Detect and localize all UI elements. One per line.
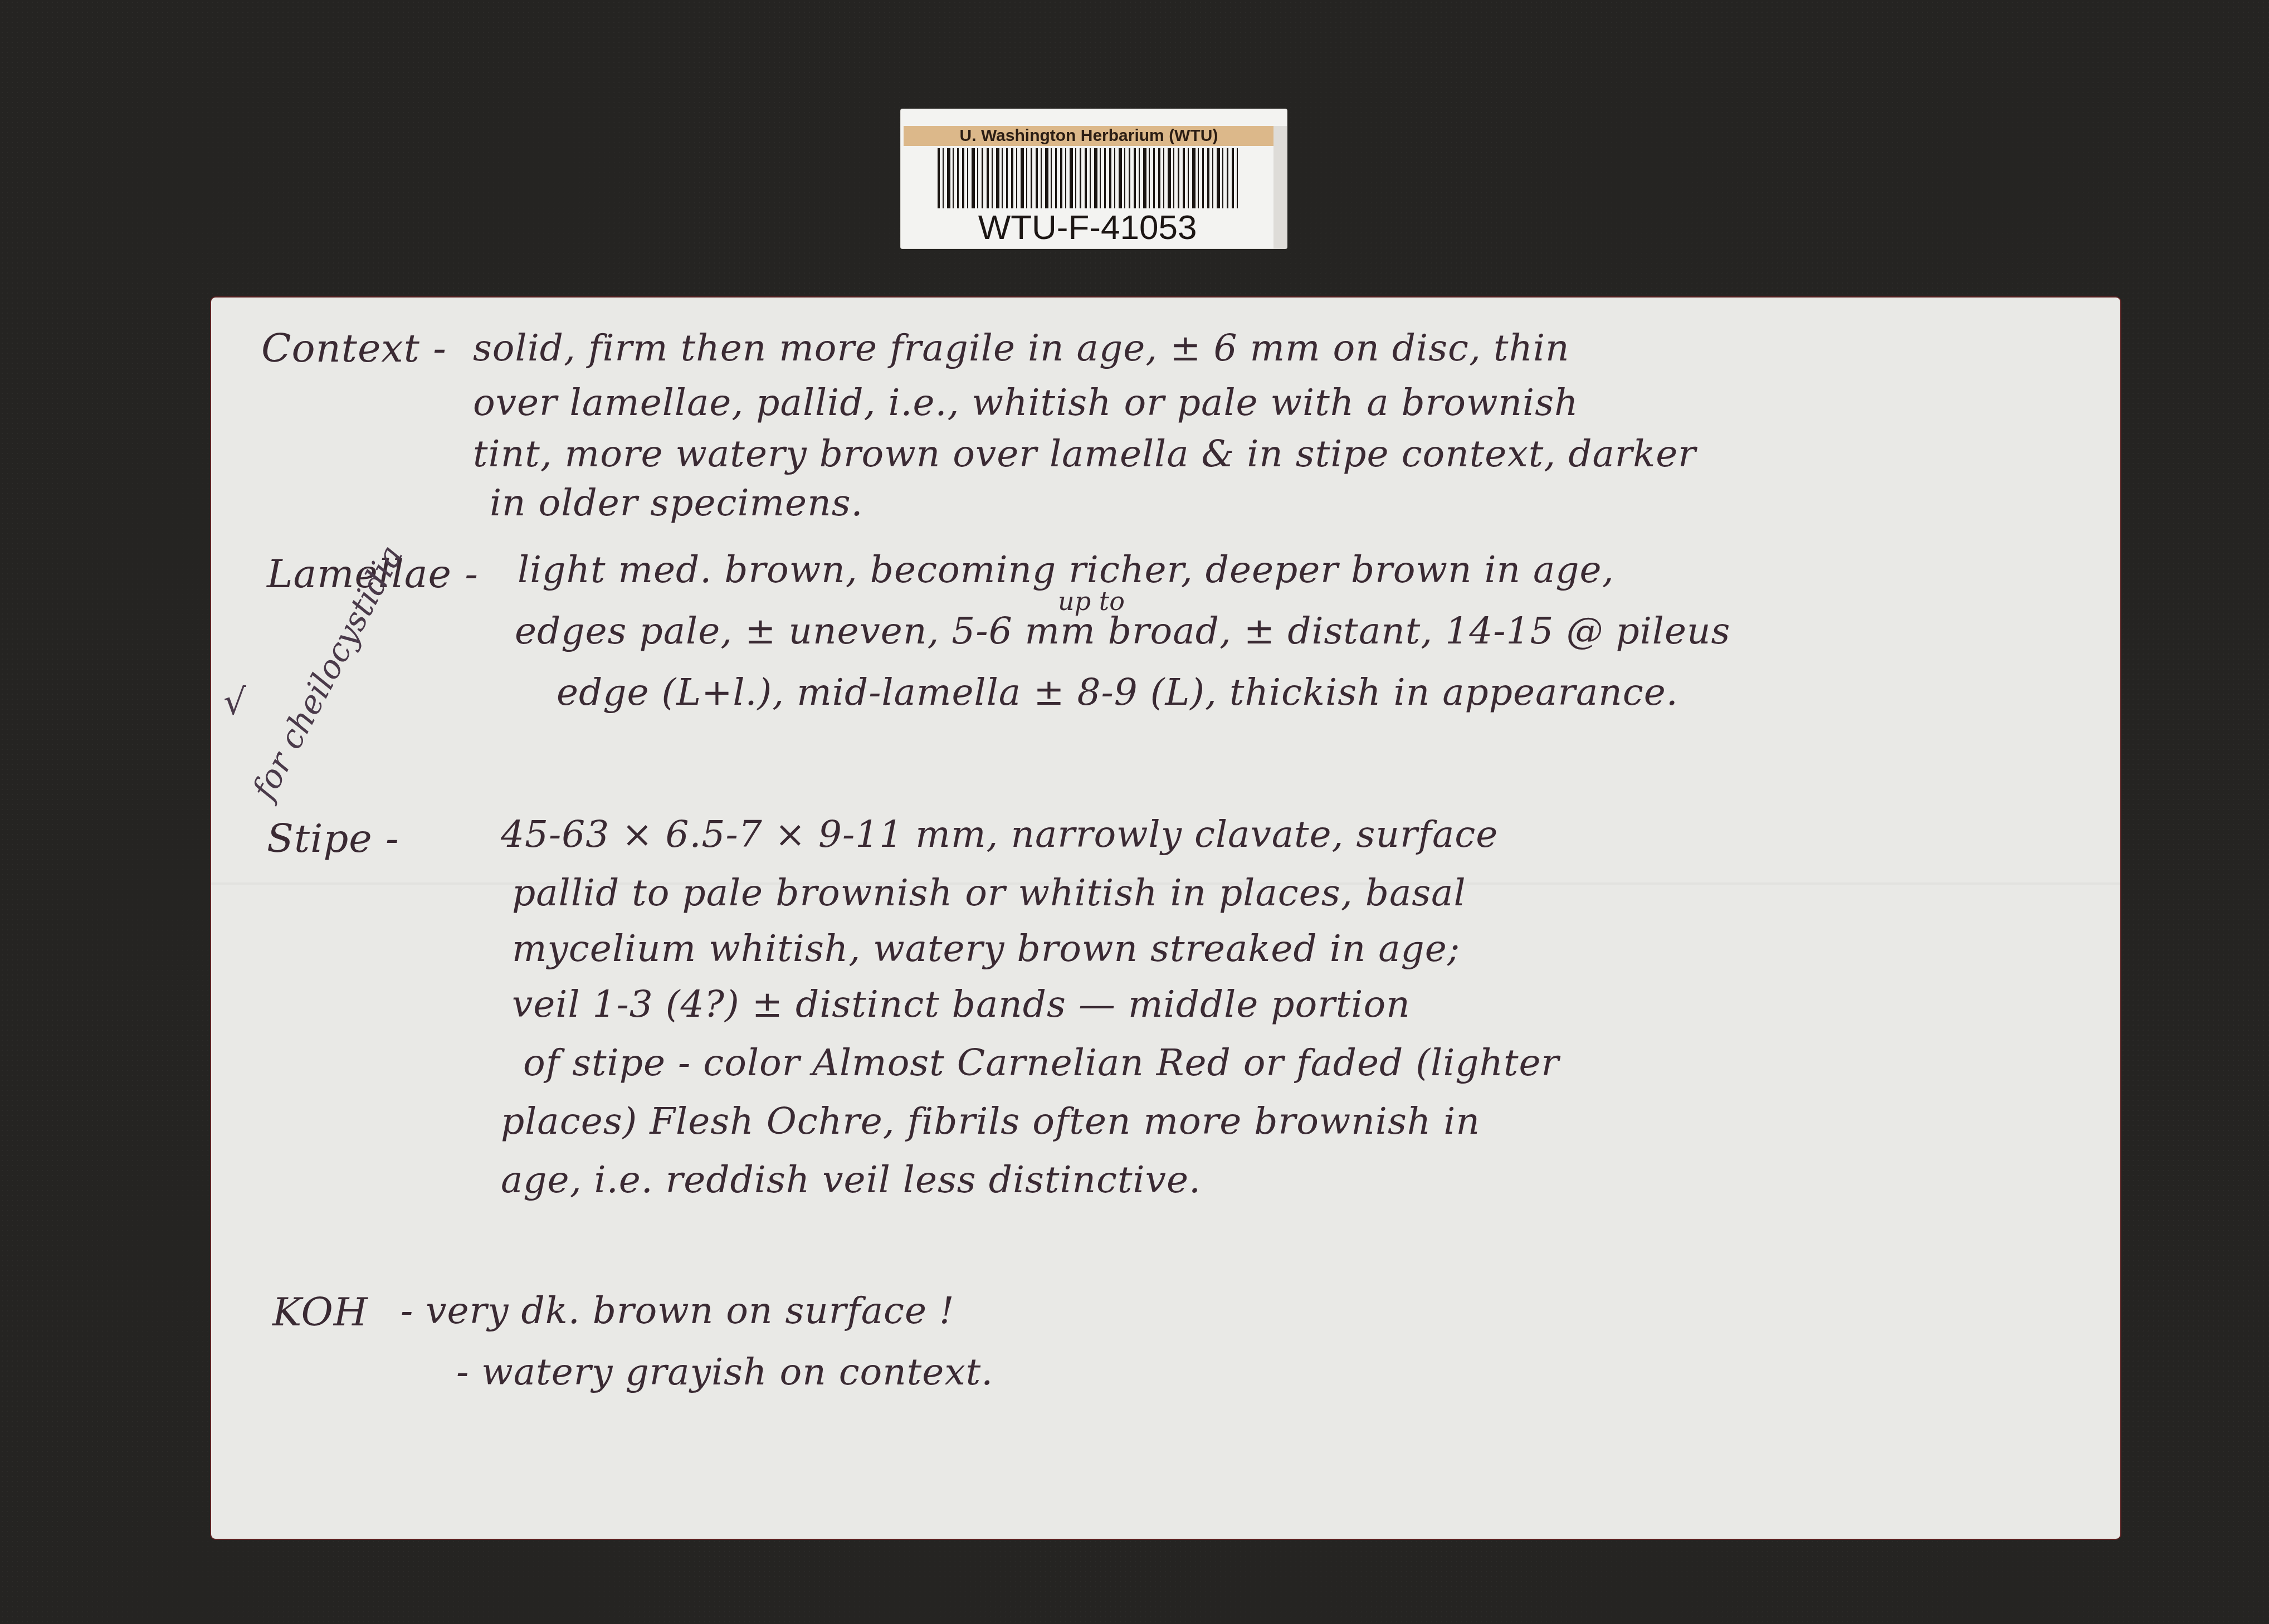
- stipe-line: age, i.e. reddish veil less distinctive.: [501, 1158, 1201, 1201]
- herbarium-barcode-label: U. Washington Herbarium (WTU) WTU-F-4105…: [901, 109, 1287, 248]
- stipe-line: places) Flesh Ochre, fibrils often more …: [501, 1100, 1480, 1143]
- context-line: tint, more watery brown over lamella & i…: [473, 432, 1696, 475]
- institution-name: U. Washington Herbarium (WTU): [904, 126, 1274, 146]
- koh-line: - watery grayish on context.: [456, 1350, 993, 1393]
- lamellae-line: light med. brown, becoming richer, deepe…: [518, 548, 1614, 591]
- koh-heading: KOH: [272, 1289, 368, 1335]
- stipe-line: of stipe - color Almost Carnelian Red or…: [523, 1041, 1559, 1084]
- barcode-icon: [938, 148, 1241, 208]
- context-line: over lamellae, pallid, i.e., whitish or …: [473, 381, 1579, 424]
- stipe-line: mycelium whitish, watery brown streaked …: [512, 927, 1460, 970]
- handwritten-note-sheet: Context - solid, firm then more fragile …: [211, 298, 2120, 1539]
- checkmark-icon: √: [223, 682, 246, 723]
- context-line: solid, firm then more fragile in age, ± …: [473, 326, 1570, 369]
- stipe-line: pallid to pale brownish or whitish in pl…: [512, 871, 1466, 914]
- catalog-number: WTU-F-41053: [901, 209, 1274, 246]
- lamellae-line: edges pale, ± uneven, 5-6 mm broad, ± di…: [515, 609, 1730, 652]
- stipe-line: veil 1-3 (4?) ± distinct bands — middle …: [512, 983, 1411, 1026]
- stipe-heading: Stipe -: [267, 816, 399, 861]
- context-line: in older specimens.: [490, 481, 863, 524]
- stipe-line: 45-63 × 6.5-7 × 9-11 mm, narrowly clavat…: [501, 813, 1498, 856]
- context-heading: Context -: [261, 325, 447, 371]
- lamellae-line: edge (L+l.), mid-lamella ± 8-9 (L), thic…: [557, 671, 1678, 714]
- koh-line: - very dk. brown on surface !: [401, 1289, 955, 1332]
- label-edge: [1273, 126, 1287, 248]
